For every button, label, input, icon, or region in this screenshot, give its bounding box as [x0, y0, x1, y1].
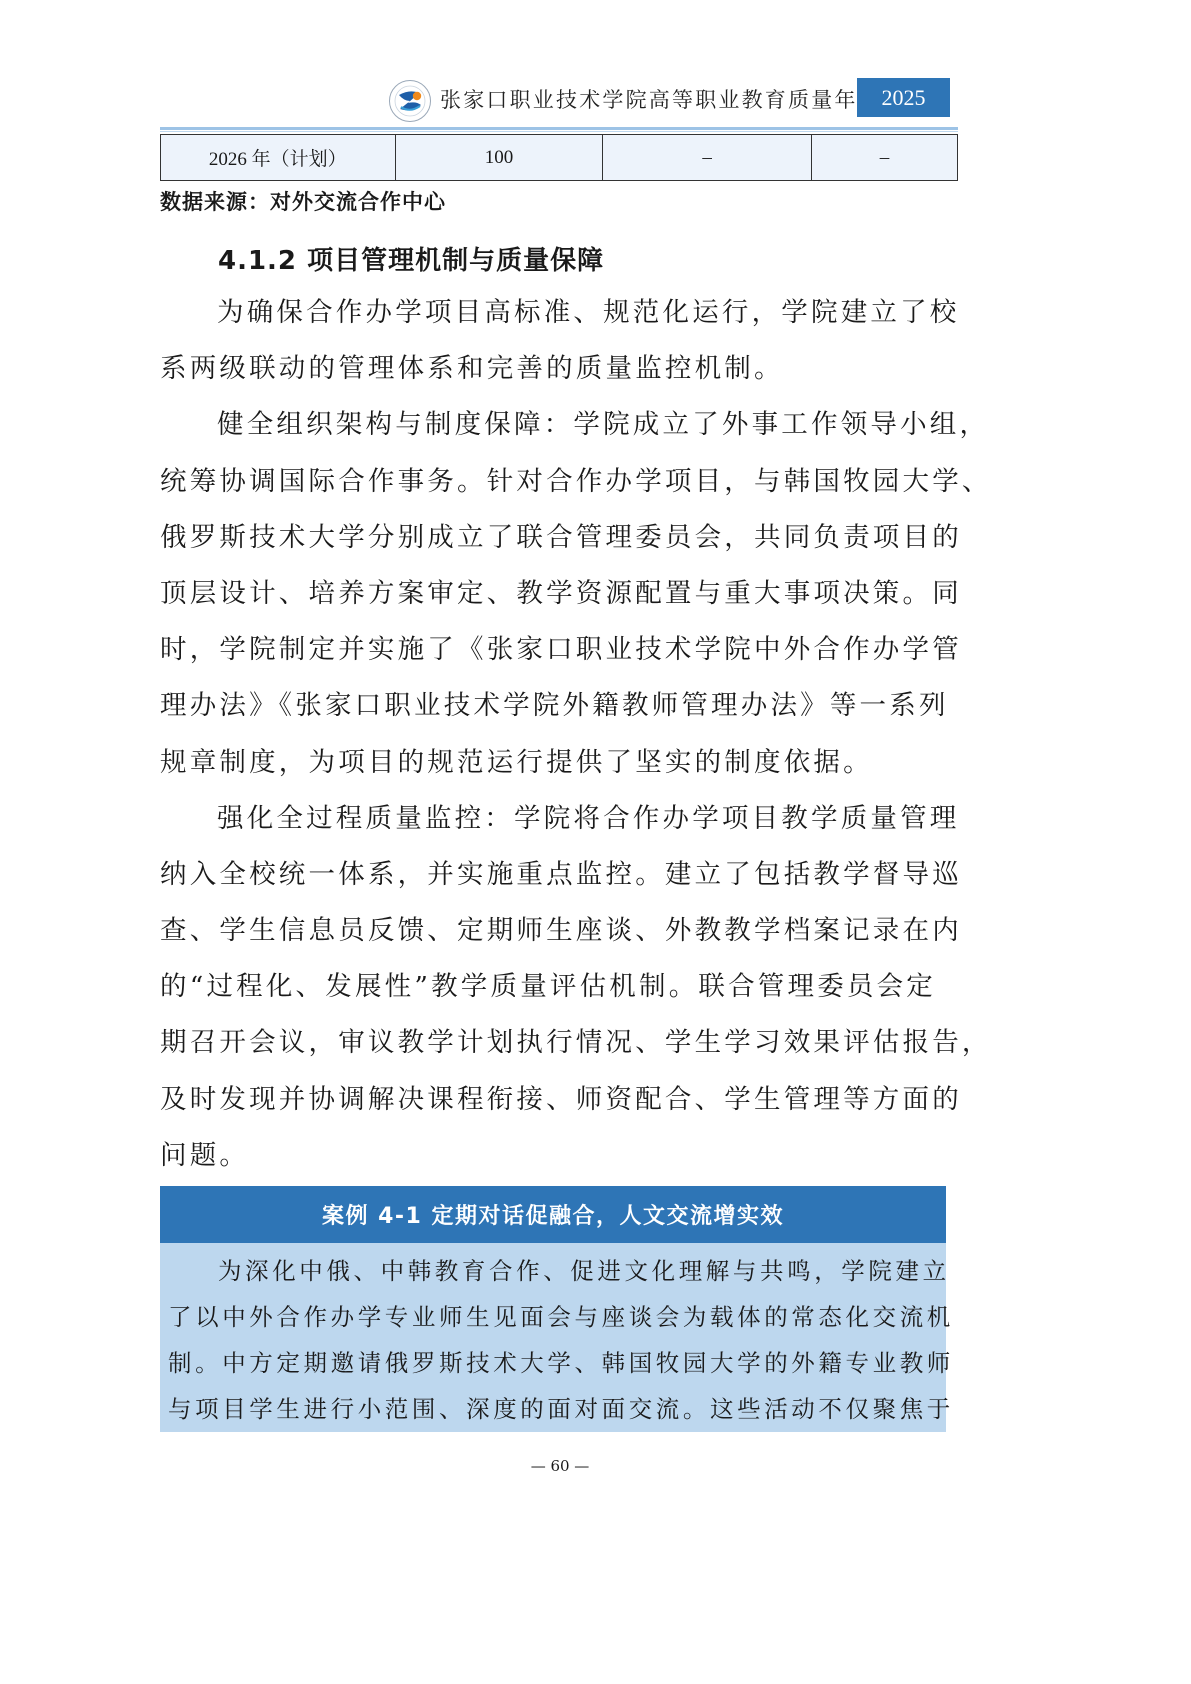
section-body: 为确保合作办学项目高标准、规范化运行，学院建立了校 系两级联动的管理体系和完善的… — [160, 291, 960, 1190]
paragraph-line: 健全组织架构与制度保障：学院成立了外事工作领导小组， — [160, 403, 960, 459]
paragraph-line: 统筹协调国际合作事务。针对合作办学项目，与韩国牧园大学、 — [160, 460, 960, 516]
data-source-note: 数据来源：对外交流合作中心 — [160, 186, 446, 216]
case-study-box: 案例 4-1 定期对话促融合，人文交流增实效 为深化中俄、中韩教育合作、促进文化… — [160, 1186, 946, 1432]
paragraph-line: 时，学院制定并实施了《张家口职业技术学院中外合作办学管 — [160, 628, 960, 684]
college-emblem-icon — [388, 79, 432, 123]
paragraph-line: 理办法》《张家口职业技术学院外籍教师管理办法》等一系列 — [160, 684, 960, 740]
paragraph-line: 纳入全校统一体系，并实施重点监控。建立了包括教学督导巡 — [160, 853, 960, 909]
case-study-title: 案例 4-1 定期对话促融合，人文交流增实效 — [160, 1186, 946, 1243]
year-badge: 2025 — [857, 78, 950, 117]
paragraph-line: 的“过程化、发展性”教学质量评估机制。联合管理委员会定 — [160, 965, 960, 1021]
paragraph-line: 顶层设计、培养方案审定、教学资源配置与重大事项决策。同 — [160, 572, 960, 628]
table-cell-value: 100 — [395, 135, 603, 181]
section-heading: 4.1.2 项目管理机制与质量保障 — [218, 240, 604, 277]
paragraph-line: 强化全过程质量监控：学院将合作办学项目教学质量管理 — [160, 797, 960, 853]
paragraph-line: 问题。 — [160, 1134, 960, 1190]
paragraph-line: 期召开会议，审议教学计划执行情况、学生学习效果评估报告， — [160, 1021, 960, 1077]
header-divider — [160, 127, 958, 130]
case-study-body: 为深化中俄、中韩教育合作、促进文化理解与共鸣，学院建立 了以中外合作办学专业师生… — [160, 1243, 946, 1432]
paragraph-line: 及时发现并协调解决课程衔接、师资配合、学生管理等方面的 — [160, 1078, 960, 1134]
table-row: 2026 年（计划） 100 – – — [161, 135, 958, 181]
paragraph-line: 俄罗斯技术大学分别成立了联合管理委员会，共同负责项目的 — [160, 516, 960, 572]
cooperation-data-table: 2026 年（计划） 100 – – — [160, 134, 958, 181]
case-line: 了以中外合作办学专业师生见面会与座谈会为载体的常态化交流机 — [160, 1297, 946, 1343]
paragraph-line: 查、学生信息员反馈、定期师生座谈、外教教学档案记录在内 — [160, 909, 960, 965]
header-divider-thin — [160, 131, 958, 132]
case-line: 与项目学生进行小范围、深度的面对面交流。这些活动不仅聚焦于 — [160, 1389, 946, 1435]
report-title: 张家口职业技术学院高等职业教育质量年度报告 — [440, 84, 927, 114]
paragraph-line: 为确保合作办学项目高标准、规范化运行，学院建立了校 — [160, 291, 960, 347]
table-cell-empty: – — [603, 135, 812, 181]
case-line: 制。中方定期邀请俄罗斯技术大学、韩国牧园大学的外籍专业教师 — [160, 1343, 946, 1389]
case-line: 为深化中俄、中韩教育合作、促进文化理解与共鸣，学院建立 — [160, 1251, 946, 1297]
page-number: — 60 — — [0, 1457, 1120, 1475]
paragraph-line: 系两级联动的管理体系和完善的质量监控机制。 — [160, 347, 960, 403]
table-cell-year: 2026 年（计划） — [161, 135, 396, 181]
paragraph-line: 规章制度，为项目的规范运行提供了坚实的制度依据。 — [160, 741, 960, 797]
table-cell-empty: – — [811, 135, 957, 181]
